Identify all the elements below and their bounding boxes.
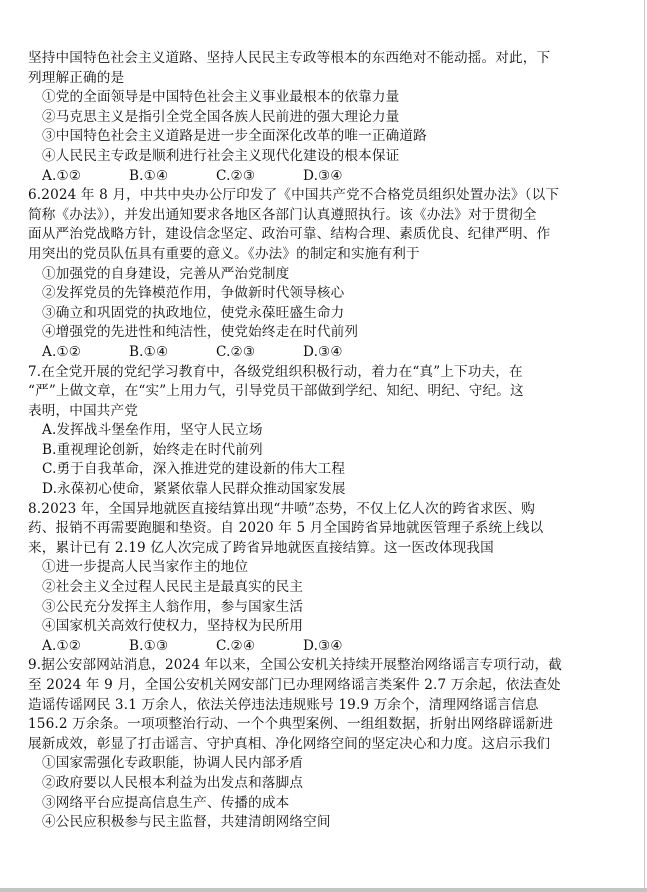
statement-2: ②社会主义全过程人民民主是最真实的民主 (28, 578, 608, 598)
question-stem-line: 展新成效，彰显了打击谣言、守护真相、净化网络空间的坚定决心和力度。这启示我们 (28, 735, 608, 755)
statement-3: ③公民充分发挥主人翁作用，参与国家生活 (28, 598, 608, 618)
question-stem-line: 至 2024 年 9 月，全国公安机关网安部门已办理网络谣言类案件 2.7 万余… (28, 676, 608, 696)
answer-choices: A.①②B.①④C.②③D.③④ (28, 343, 608, 363)
question-6: 6.2024 年 8 月，中共中央办公厅印发了《中国共产党不合格党员组织处置办法… (28, 186, 608, 362)
document-content: 坚持中国特色社会主义道路、坚持人民民主专政等根本的东西绝对不能动摇。对此，下 列… (28, 49, 608, 833)
question-8: 8.2023 年，全国异地就医直接结算出现“井喷”态势，不仅上亿人次的跨省求医、… (28, 500, 608, 657)
choice-b: B.①③ (129, 637, 216, 657)
question-stem-line: “严”上做文章，在“实”上用力气，引导党员干部做到学纪、知纪、明纪、守纪。这 (28, 382, 608, 402)
question-stem-line: 药、报销不再需要跑腿和垫资。自 2020 年 5 月全国跨省异地就医管理子系统上… (28, 519, 608, 539)
choice-c: C.②③ (216, 167, 303, 187)
statement-2: ②发挥党员的先锋模范作用，争做新时代领导核心 (28, 284, 608, 304)
choice-a: A.①② (42, 343, 129, 363)
statement-4: ④人民民主专政是顺利进行社会主义现代化建设的根本保证 (28, 147, 608, 167)
choice-d: D.③④ (303, 343, 390, 363)
option-d: D.永葆初心使命，紧紧依靠人民群众推动国家发展 (28, 480, 608, 500)
statement-4: ④增强党的先进性和纯洁性，使党始终走在时代前列 (28, 323, 608, 343)
choice-a: A.①② (42, 637, 129, 657)
choice-d: D.③④ (303, 637, 390, 657)
statement-1: ①加强党的自身建设，完善从严治党制度 (28, 265, 608, 285)
statement-3: ③确立和巩固党的执政地位，使党永葆旺盛生命力 (28, 304, 608, 324)
statement-3: ③中国特色社会主义道路是进一步全面深化改革的唯一正确道路 (28, 127, 608, 147)
statement-2: ②政府要以人民根本利益为出发点和落脚点 (28, 774, 608, 794)
question-stem-line: 7.在全党开展的党纪学习教育中，各级党组织积极行动，着力在“真”上下功夫，在 (28, 363, 608, 383)
statement-1: ①进一步提高人民当家作主的地位 (28, 558, 608, 578)
statement-4: ④公民应积极参与民主监督，共建清朗网络空间 (28, 813, 608, 833)
question-stem-line: 6.2024 年 8 月，中共中央办公厅印发了《中国共产党不合格党员组织处置办法… (28, 186, 608, 206)
answer-choices: A.①②B.①③C.②④D.③④ (28, 637, 608, 657)
choice-a: A.①② (42, 167, 129, 187)
question-stem-line: 坚持中国特色社会主义道路、坚持人民民主专政等根本的东西绝对不能动摇。对此，下 (28, 49, 608, 69)
choice-c: C.②④ (216, 637, 303, 657)
choice-b: B.①④ (129, 167, 216, 187)
page-bottom-edge (0, 888, 647, 892)
statement-1: ①党的全面领导是中国特色社会主义事业最根本的依靠力量 (28, 88, 608, 108)
question-stem-line: 列理解正确的是 (28, 69, 608, 89)
question-stem-line: 9.据公安部网站消息，2024 年以来，全国公安机关持续开展整治网络谣言专项行动… (28, 656, 608, 676)
document-page: 坚持中国特色社会主义道路、坚持人民民主专政等根本的东西绝对不能动摇。对此，下 列… (0, 0, 645, 888)
choice-b: B.①④ (129, 343, 216, 363)
question-stem-line: 用突出的党员队伍具有重要的意义。《办法》的制定和实施有利于 (28, 245, 608, 265)
question-5: 坚持中国特色社会主义道路、坚持人民民主专政等根本的东西绝对不能动摇。对此，下 列… (28, 49, 608, 186)
option-b: B.重视理论创新，始终走在时代前列 (28, 441, 608, 461)
question-stem-line: 156.2 万余条。一项项整治行动、一个个典型案例、一组组数据，折射出网络辟谣新… (28, 715, 608, 735)
answer-choices: A.①②B.①④C.②③D.③④ (28, 167, 608, 187)
statement-3: ③网络平台应提高信息生产、传播的成本 (28, 794, 608, 814)
statement-2: ②马克思主义是指引全党全国各族人民前进的强大理论力量 (28, 108, 608, 128)
question-stem-line: 简称《办法》），并发出通知要求各地区各部门认真遵照执行。该《办法》对于贯彻全 (28, 206, 608, 226)
statement-4: ④国家机关高效行使权力，坚持权为民所用 (28, 617, 608, 637)
option-c: C.勇于自我革命，深入推进党的建设新的伟大工程 (28, 460, 608, 480)
option-a: A.发挥战斗堡垒作用，坚守人民立场 (28, 421, 608, 441)
statement-1: ①国家需强化专政职能，协调人民内部矛盾 (28, 754, 608, 774)
question-9: 9.据公安部网站消息，2024 年以来，全国公安机关持续开展整治网络谣言专项行动… (28, 656, 608, 832)
choice-c: C.②③ (216, 343, 303, 363)
question-stem-line: 来，累计已有 2.19 亿人次完成了跨省异地就医直接结算。这一医改体现我国 (28, 539, 608, 559)
question-stem-line: 8.2023 年，全国异地就医直接结算出现“井喷”态势，不仅上亿人次的跨省求医、… (28, 500, 608, 520)
question-7: 7.在全党开展的党纪学习教育中，各级党组织积极行动，着力在“真”上下功夫，在 “… (28, 363, 608, 500)
question-stem-line: 表明，中国共产党 (28, 402, 608, 422)
question-stem-line: 造谣传谣网民 3.1 万余人，依法关停违法违规账号 19.9 万余个，清理网络谣… (28, 696, 608, 716)
choice-d: D.③④ (303, 167, 390, 187)
question-stem-line: 面从严治党战略方针，建设信念坚定、政治可靠、结构合理、素质优良、纪律严明、作 (28, 225, 608, 245)
